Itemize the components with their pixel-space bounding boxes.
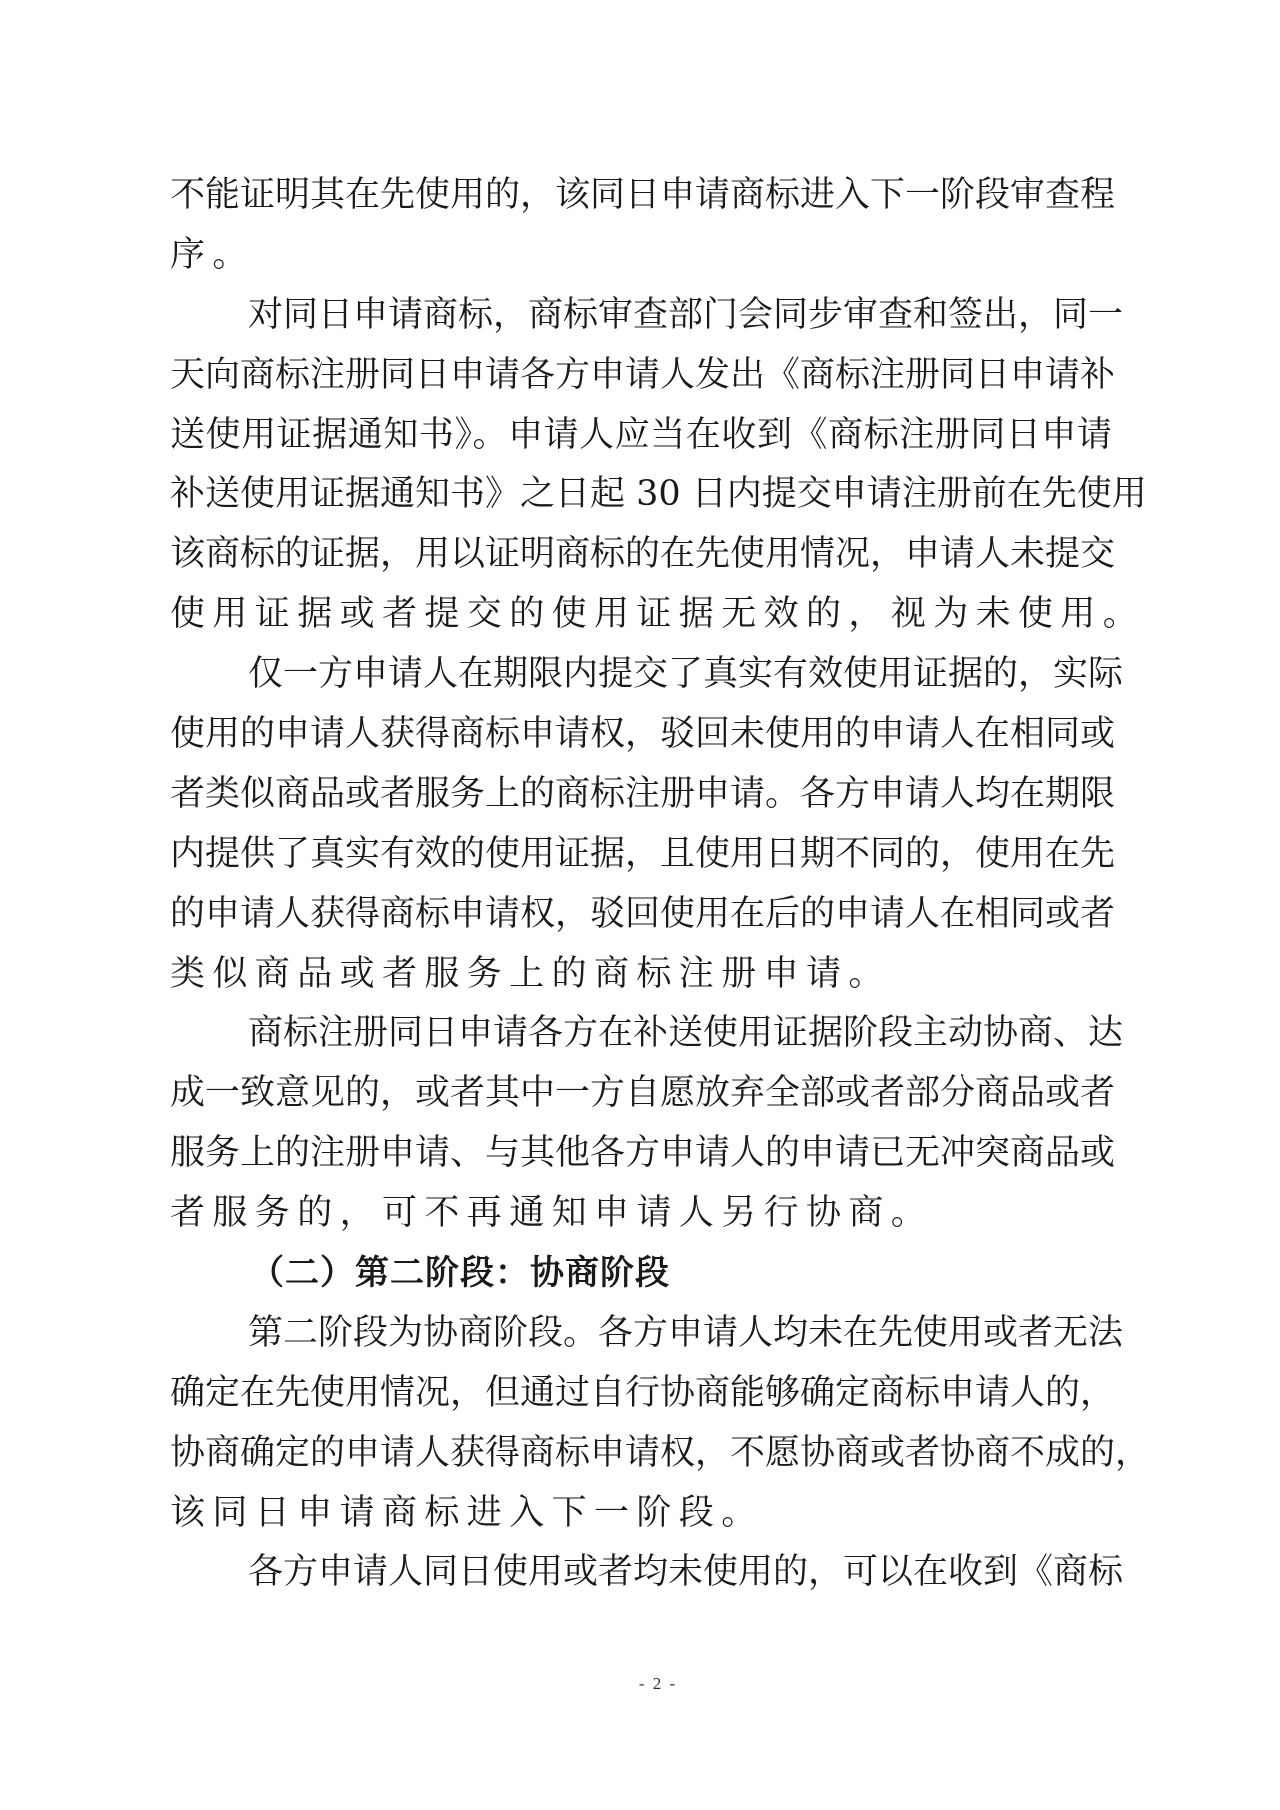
section-heading: （二）第二阶段：协商阶段 bbox=[170, 1244, 1112, 1304]
paragraph-line: 仅一方申请人在期限内提交了真实有效使用证据的，实际 bbox=[170, 645, 1112, 705]
paragraph-line: 送使用证据通知书》。申请人应当在收到《商标注册同日申请 bbox=[170, 406, 1112, 466]
paragraph-line: 第二阶段为协商阶段。各方申请人均未在先使用或者无法 bbox=[170, 1304, 1112, 1364]
paragraph-line: 补送使用证据通知书》之日起 30 日内提交申请注册前在先使用 bbox=[170, 465, 1112, 525]
paragraph-line: 对同日申请商标，商标审查部门会同步审查和签出，同一 bbox=[170, 286, 1112, 346]
paragraph-line: 该商标的证据，用以证明商标的在先使用情况，申请人未提交 bbox=[170, 525, 1112, 585]
paragraph-line: 各方申请人同日使用或者均未使用的，可以在收到《商标 bbox=[170, 1543, 1112, 1603]
paragraph-line: 协商确定的申请人获得商标申请权，不愿协商或者协商不成的， bbox=[170, 1424, 1112, 1484]
paragraph-line: 成一致意见的，或者其中一方自愿放弃全部或者部分商品或者 bbox=[170, 1064, 1112, 1124]
paragraph-line: 服务上的注册申请、与其他各方申请人的申请已无冲突商品或 bbox=[170, 1124, 1112, 1184]
paragraph-line: 不能证明其在先使用的，该同日申请商标进入下一阶段审查程 bbox=[170, 166, 1112, 226]
paragraph-line: 商标注册同日申请各方在补送使用证据阶段主动协商、达 bbox=[170, 1004, 1112, 1064]
paragraph-line: 者服务的，可不再通知申请人另行协商。 bbox=[170, 1184, 1112, 1244]
paragraph-line: 内提供了真实有效的使用证据，且使用日期不同的，使用在先 bbox=[170, 825, 1112, 885]
paragraph-line: 使用证据或者提交的使用证据无效的，视为未使用。 bbox=[170, 585, 1112, 645]
page-number: - 2 - bbox=[0, 1674, 1280, 1694]
paragraph-line: 的申请人获得商标申请权，驳回使用在后的申请人在相同或者 bbox=[170, 885, 1112, 945]
paragraph-line: 天向商标注册同日申请各方申请人发出《商标注册同日申请补 bbox=[170, 346, 1112, 406]
document-page: 不能证明其在先使用的，该同日申请商标进入下一阶段审查程 序。 对同日申请商标，商… bbox=[0, 0, 1280, 1810]
paragraph-line: 该同日申请商标进入下一阶段。 bbox=[170, 1484, 1112, 1544]
paragraph-line: 使用的申请人获得商标申请权，驳回未使用的申请人在相同或 bbox=[170, 705, 1112, 765]
paragraph-line: 序。 bbox=[170, 226, 1112, 286]
paragraph-line: 确定在先使用情况，但通过自行协商能够确定商标申请人的， bbox=[170, 1364, 1112, 1424]
paragraph-line: 类似商品或者服务上的商标注册申请。 bbox=[170, 945, 1112, 1005]
paragraph-line: 者类似商品或者服务上的商标注册申请。各方申请人均在期限 bbox=[170, 765, 1112, 825]
document-body: 不能证明其在先使用的，该同日申请商标进入下一阶段审查程 序。 对同日申请商标，商… bbox=[170, 166, 1112, 1603]
